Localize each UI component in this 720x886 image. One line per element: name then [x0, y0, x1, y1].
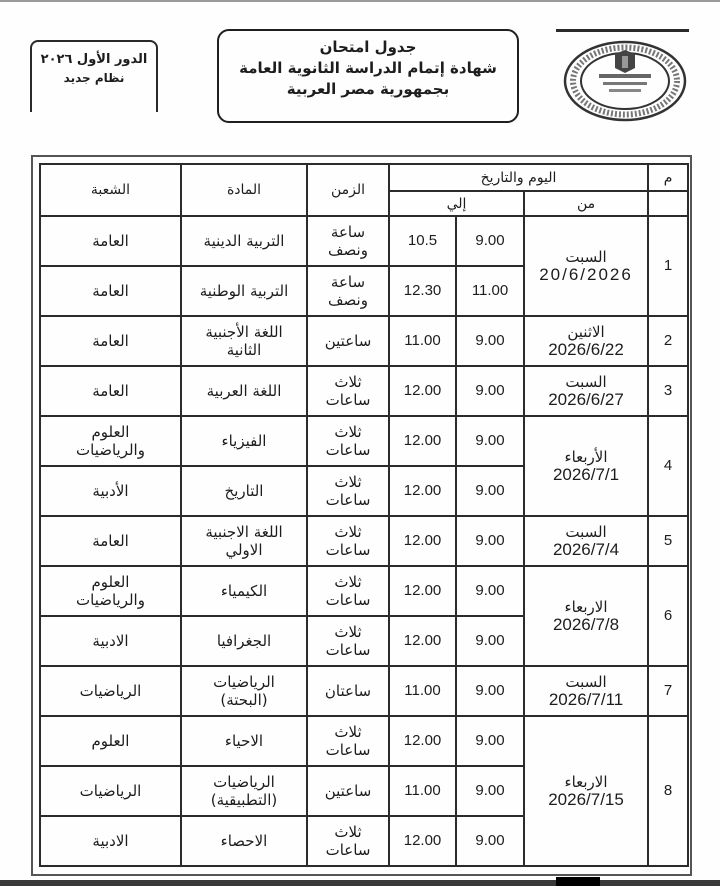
- exam-day: السبت: [565, 673, 606, 691]
- end-time: 12.30: [389, 266, 456, 316]
- branch-line: العلوم: [41, 423, 180, 441]
- subject-line: الاحياء: [182, 732, 306, 750]
- row-index: 3: [648, 366, 688, 416]
- exam-day-date: السبت2026/7/4: [524, 516, 648, 566]
- row-index: 4: [648, 416, 688, 516]
- table-row: 8الاربعاء2026/7/159.0012.00ثلاثساعاتالاح…: [40, 716, 688, 766]
- branch-line: والرياضيات: [41, 591, 180, 609]
- row-index: 6: [648, 566, 688, 666]
- row-index: 5: [648, 516, 688, 566]
- exam-date: 2026/7/15: [525, 791, 647, 809]
- start-time: 9.00: [456, 366, 524, 416]
- table-row: 4الأربعاء2026/7/19.0012.00ثلاثساعاتالفيز…: [40, 416, 688, 466]
- session-info-box: الدور الأول ٢٠٢٦ نظام جديد: [30, 40, 158, 112]
- table-row: 2الاثنين2026/6/229.0011.00ساعتيناللغة ال…: [40, 316, 688, 366]
- table-row: 7السبت2026/7/119.0011.00ساعتانالرياضيات(…: [40, 666, 688, 716]
- duration: ساعةونصف: [307, 266, 389, 316]
- subject-line: اللغة الاجنبية: [182, 523, 306, 541]
- branch-line: العامة: [41, 282, 180, 300]
- duration-line: ثلاث: [308, 623, 388, 641]
- duration-line: ثلاث: [308, 473, 388, 491]
- subject: الرياضيات(التطبيقية): [181, 766, 307, 816]
- subject-line: التربية الوطنية: [182, 282, 306, 300]
- branch: العلوموالرياضيات: [40, 566, 181, 616]
- duration-line: ثلاث: [308, 723, 388, 741]
- end-time: 11.00: [389, 316, 456, 366]
- subject-line: الرياضيات: [182, 673, 306, 691]
- page-title: جدول امتحان: [219, 38, 517, 56]
- duration: ثلاثساعات: [307, 516, 389, 566]
- subject: التربية الوطنية: [181, 266, 307, 316]
- start-time: 9.00: [456, 566, 524, 616]
- row-index: 8: [648, 716, 688, 866]
- end-time: 12.00: [389, 616, 456, 666]
- duration-line: ثلاث: [308, 423, 388, 441]
- duration-line: ونصف: [308, 291, 388, 309]
- duration-line: ساعتين: [308, 782, 388, 800]
- duration-line: ثلاث: [308, 523, 388, 541]
- start-time: 9.00: [456, 516, 524, 566]
- start-time: 9.00: [456, 716, 524, 766]
- exam-day-date: الاثنين2026/6/22: [524, 316, 648, 366]
- start-time: 11.00: [456, 266, 524, 316]
- table-row: 3السبت2026/6/279.0012.00ثلاثساعاتاللغة ا…: [40, 366, 688, 416]
- title-box: جدول امتحان شهادة إتمام الدراسة الثانوية…: [217, 29, 519, 123]
- duration-line: ساعات: [308, 541, 388, 559]
- branch: العلوموالرياضيات: [40, 416, 181, 466]
- duration: ثلاثساعات: [307, 616, 389, 666]
- bottom-edge-bar: [0, 880, 720, 886]
- exam-date: 2026/7/4: [525, 541, 647, 559]
- subject: التربية الدينية: [181, 216, 307, 266]
- start-time: 9.00: [456, 416, 524, 466]
- subject: الرياضيات(البحتة): [181, 666, 307, 716]
- duration-line: ساعتين: [308, 332, 388, 350]
- duration: ثلاثساعات: [307, 566, 389, 616]
- table-row: 6الاربعاء2026/7/89.0012.00ثلاثساعاتالكيم…: [40, 566, 688, 616]
- header-subject: المادة: [181, 164, 307, 216]
- subject-line: الرياضيات: [182, 773, 306, 791]
- end-time: 11.00: [389, 666, 456, 716]
- branch: العامة: [40, 216, 181, 266]
- duration-line: ثلاث: [308, 823, 388, 841]
- duration-line: ساعات: [308, 641, 388, 659]
- exam-date: 2026/6/27: [525, 391, 647, 409]
- subject-line: اللغة الأجنبية: [182, 323, 306, 341]
- branch-line: العامة: [41, 532, 180, 550]
- exam-day: الاربعاء: [565, 598, 608, 616]
- branch-line: الادبية: [41, 632, 180, 650]
- subject-line: الجغرافيا: [182, 632, 306, 650]
- exam-day: الأربعاء: [565, 448, 608, 466]
- subject-line: (البحتة): [182, 691, 306, 709]
- duration-line: ساعات: [308, 591, 388, 609]
- page-subtitle: شهادة إتمام الدراسة الثانوية العامة: [219, 59, 517, 77]
- duration-line: ساعات: [308, 741, 388, 759]
- header-to: إلي: [389, 191, 524, 216]
- branch: العلوم: [40, 716, 181, 766]
- branch: العامة: [40, 366, 181, 416]
- end-time: 12.00: [389, 716, 456, 766]
- duration-line: ساعات: [308, 491, 388, 509]
- subject: الفيزياء: [181, 416, 307, 466]
- start-time: 9.00: [456, 216, 524, 266]
- branch-line: العلوم: [41, 573, 180, 591]
- header-index-blank: [648, 191, 688, 216]
- country-label: بجمهورية مصر العربية: [219, 80, 517, 98]
- branch-line: الرياضيات: [41, 682, 180, 700]
- header-duration: الزمن: [307, 164, 389, 216]
- exam-date: 2026/7/11: [525, 691, 647, 709]
- header-day-date: اليوم والتاريخ: [389, 164, 648, 191]
- start-time: 9.00: [456, 616, 524, 666]
- exam-schedule-table: م اليوم والتاريخ الزمن المادة الشعبة من …: [39, 163, 689, 867]
- duration-line: ساعتان: [308, 682, 388, 700]
- branch-line: العامة: [41, 232, 180, 250]
- duration-line: ساعات: [308, 391, 388, 409]
- duration: ساعتين: [307, 766, 389, 816]
- row-index: 7: [648, 666, 688, 716]
- start-time: 9.00: [456, 466, 524, 516]
- subject: الجغرافيا: [181, 616, 307, 666]
- duration-line: ثلاث: [308, 573, 388, 591]
- exam-date: 2026/7/1: [525, 466, 647, 484]
- exam-day-date: الاربعاء2026/7/15: [524, 716, 648, 866]
- start-time: 9.00: [456, 816, 524, 866]
- exam-day-date: السبت2026/6/27: [524, 366, 648, 416]
- subject-line: الاحصاء: [182, 832, 306, 850]
- exam-date: 2026/6/22: [525, 341, 647, 359]
- end-time: 12.00: [389, 416, 456, 466]
- start-time: 9.00: [456, 316, 524, 366]
- subject-line: التاريخ: [182, 482, 306, 500]
- subject: اللغة الاجنبيةالاولي: [181, 516, 307, 566]
- end-time: 10.5: [389, 216, 456, 266]
- table-row: 1السبت20/6/20269.0010.5ساعةونصفالتربية ا…: [40, 216, 688, 266]
- row-index: 1: [648, 216, 688, 316]
- end-time: 11.00: [389, 766, 456, 816]
- end-time: 12.00: [389, 566, 456, 616]
- exam-date: 2026/7/8: [525, 616, 647, 634]
- start-time: 9.00: [456, 666, 524, 716]
- subject: اللغة الأجنبيةالثانية: [181, 316, 307, 366]
- branch-line: والرياضيات: [41, 441, 180, 459]
- branch: الأدبية: [40, 466, 181, 516]
- subject: الكيمياء: [181, 566, 307, 616]
- system-label: نظام جديد: [32, 71, 156, 85]
- branch-line: الأدبية: [41, 482, 180, 500]
- subject-line: التربية الدينية: [182, 232, 306, 250]
- subject-line: الثانية: [182, 341, 306, 359]
- branch: العامة: [40, 316, 181, 366]
- duration: ثلاثساعات: [307, 816, 389, 866]
- duration: ثلاثساعات: [307, 716, 389, 766]
- branch: العامة: [40, 516, 181, 566]
- subject-line: الفيزياء: [182, 432, 306, 450]
- subject: اللغة العربية: [181, 366, 307, 416]
- start-time: 9.00: [456, 766, 524, 816]
- duration-line: ونصف: [308, 241, 388, 259]
- duration-line: ساعات: [308, 441, 388, 459]
- exam-day: الاثنين: [567, 323, 604, 341]
- exam-day-date: السبت20/6/2026: [524, 216, 648, 316]
- duration: ساعتين: [307, 316, 389, 366]
- branch-line: الادبية: [41, 832, 180, 850]
- session-label: الدور الأول ٢٠٢٦: [32, 52, 156, 67]
- header-index: م: [648, 164, 688, 191]
- subject-line: اللغة العربية: [182, 382, 306, 400]
- branch-line: العلوم: [41, 732, 180, 750]
- end-time: 12.00: [389, 516, 456, 566]
- branch: الادبية: [40, 616, 181, 666]
- duration-line: ثلاث: [308, 373, 388, 391]
- exam-day-date: السبت2026/7/11: [524, 666, 648, 716]
- branch: الرياضيات: [40, 766, 181, 816]
- branch: الادبية: [40, 816, 181, 866]
- exam-day: السبت: [565, 248, 606, 266]
- logo-divider: [556, 29, 689, 32]
- branch: العامة: [40, 266, 181, 316]
- subject-line: الكيمياء: [182, 582, 306, 600]
- duration: ثلاثساعات: [307, 366, 389, 416]
- branch: الرياضيات: [40, 666, 181, 716]
- bottom-mark: [556, 877, 600, 886]
- duration-line: ساعات: [308, 841, 388, 859]
- subject-line: الاولي: [182, 541, 306, 559]
- header-branch: الشعبة: [40, 164, 181, 216]
- subject-line: (التطبيقية): [182, 791, 306, 809]
- end-time: 12.00: [389, 466, 456, 516]
- header-from: من: [524, 191, 648, 216]
- end-time: 12.00: [389, 366, 456, 416]
- duration-line: ساعة: [308, 223, 388, 241]
- subject: الاحصاء: [181, 816, 307, 866]
- ministry-of-education-seal-icon: [563, 40, 687, 122]
- exam-day-date: الأربعاء2026/7/1: [524, 416, 648, 516]
- duration-line: ساعة: [308, 273, 388, 291]
- exam-date: 20/6/2026: [525, 266, 647, 284]
- duration: ثلاثساعات: [307, 416, 389, 466]
- duration: ساعةونصف: [307, 216, 389, 266]
- row-index: 2: [648, 316, 688, 366]
- exam-day: السبت: [565, 373, 606, 391]
- end-time: 12.00: [389, 816, 456, 866]
- table-row: 5السبت2026/7/49.0012.00ثلاثساعاتاللغة ال…: [40, 516, 688, 566]
- subject: الاحياء: [181, 716, 307, 766]
- top-edge-line: [0, 0, 720, 2]
- branch-line: العامة: [41, 332, 180, 350]
- exam-day: الاربعاء: [565, 773, 608, 791]
- exam-day: السبت: [565, 523, 606, 541]
- duration: ساعتان: [307, 666, 389, 716]
- exam-day-date: الاربعاء2026/7/8: [524, 566, 648, 666]
- branch-line: العامة: [41, 382, 180, 400]
- duration: ثلاثساعات: [307, 466, 389, 516]
- branch-line: الرياضيات: [41, 782, 180, 800]
- subject: التاريخ: [181, 466, 307, 516]
